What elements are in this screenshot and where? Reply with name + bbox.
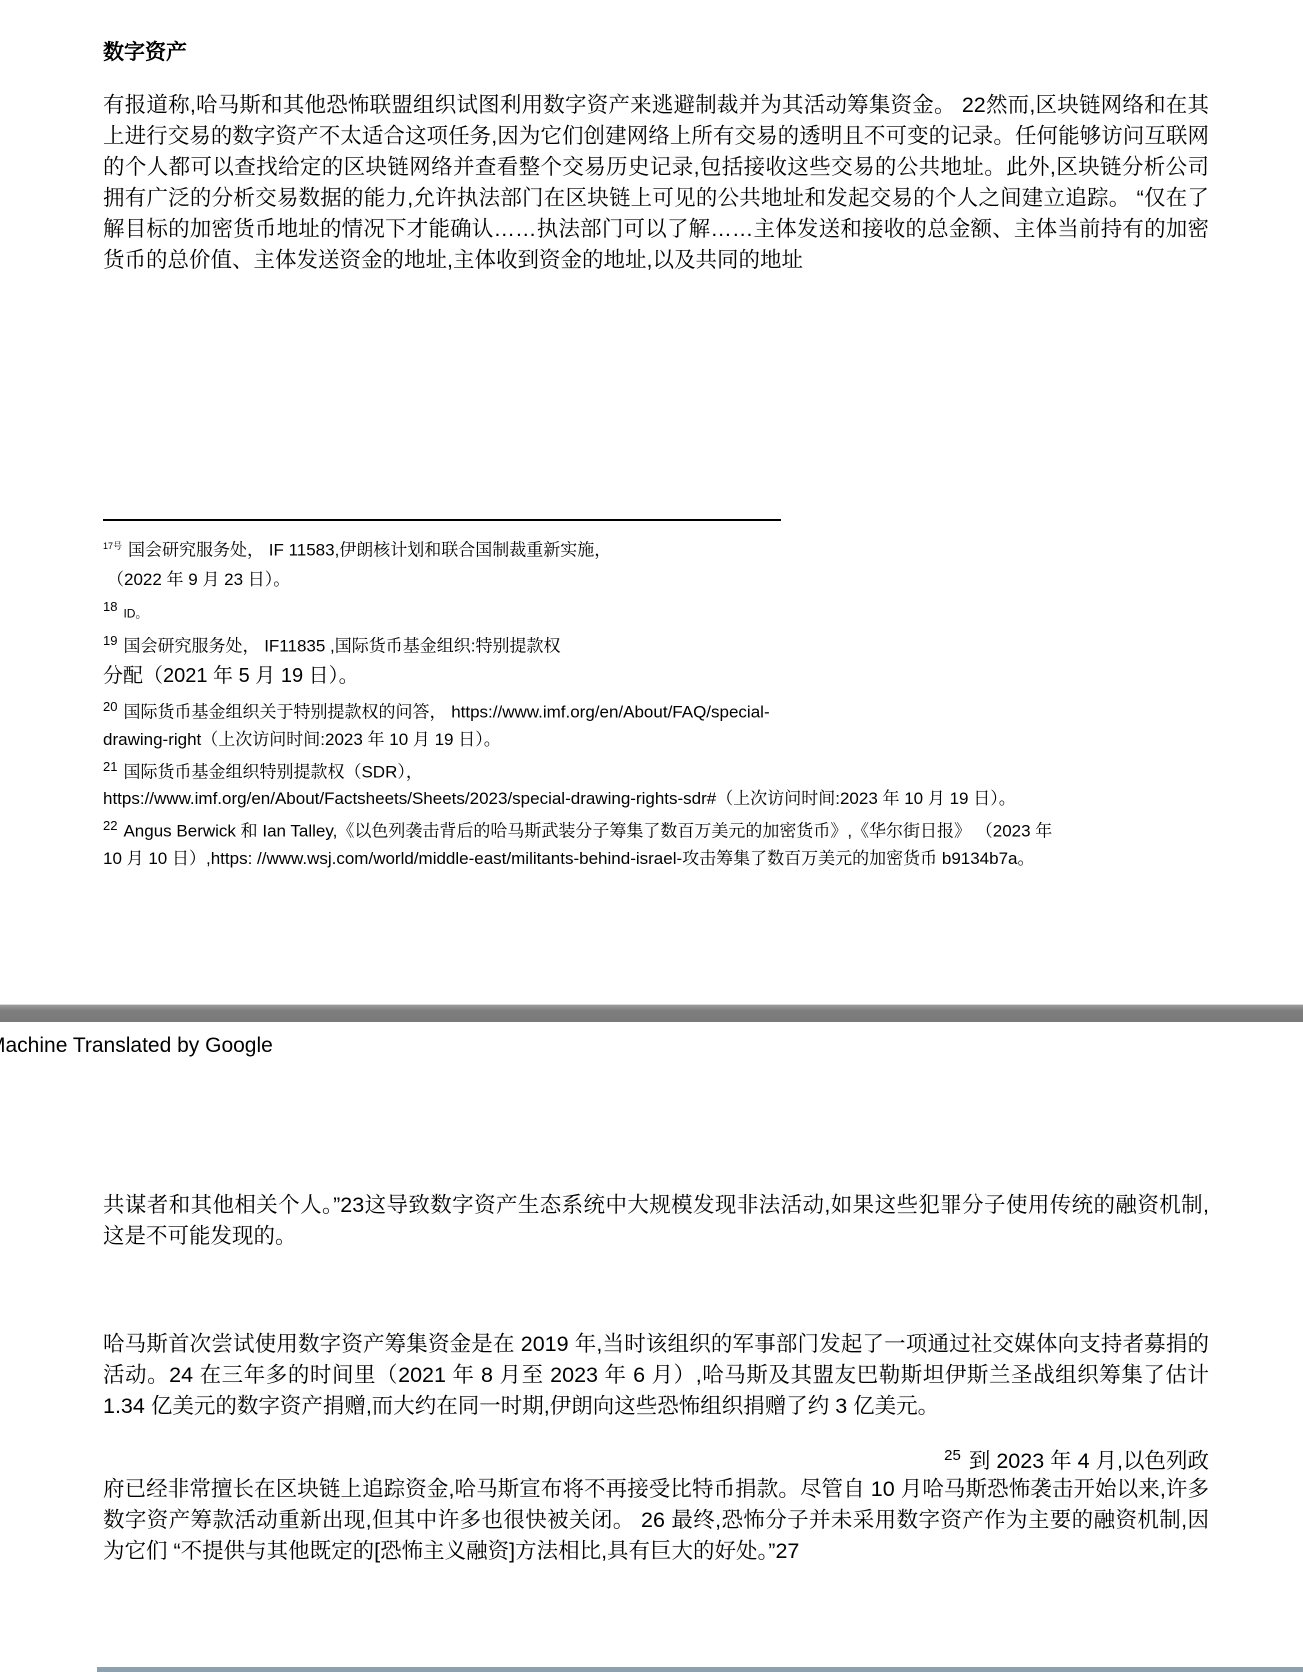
footnote-text: ID。 bbox=[123, 606, 147, 620]
footnote-text: Angus Berwick 和 Ian Talley,《以色列袭击背后的哈马斯武… bbox=[123, 822, 1052, 841]
footnote-marker: 18 bbox=[103, 599, 117, 614]
footnote-marker: 21 bbox=[103, 759, 117, 774]
footnote-20-continued: drawing-right（上次访问时间:2023 年 10 月 19 日）。 bbox=[103, 726, 1215, 753]
footnote-marker: 19 bbox=[103, 633, 117, 648]
footnote-marker: 17号 bbox=[103, 541, 122, 551]
footnote-marker: 20 bbox=[103, 699, 117, 714]
footnote-text: https://www.imf.org/en/About/Factsheets/… bbox=[103, 789, 1016, 808]
intro-text: 到 2023 年 4 月,以色列政 bbox=[969, 1449, 1209, 1473]
paragraph-israel-intro-line: 25到 2023 年 4 月,以色列政 bbox=[103, 1440, 1209, 1477]
page-title: 数字资产 bbox=[103, 36, 187, 66]
footnote-text: 国会研究服务处， IF11835 ,国际货币基金组织:特别提款权 bbox=[123, 637, 560, 656]
footnote-19: 19国会研究服务处， IF11835 ,国际货币基金组织:特别提款权 bbox=[103, 627, 1215, 660]
footnote-text: drawing-right（上次访问时间:2023 年 10 月 19 日）。 bbox=[103, 730, 501, 749]
paragraph-digital-assets: 有报道称,哈马斯和其他恐怖联盟组织试图利用数字资产来逃避制裁并为其活动筹集资金。… bbox=[103, 90, 1209, 276]
footnote-22-continued: 10 月 10 日）,https: //www.wsj.com/world/mi… bbox=[103, 845, 1215, 872]
footnote-22: 22Angus Berwick 和 Ian Talley,《以色列袭击背后的哈马… bbox=[103, 812, 1215, 845]
footnote-text: 国会研究服务处， IF 11583,伊朗核计划和联合国制裁重新实施， bbox=[128, 541, 611, 560]
footnote-17: 17号国会研究服务处， IF 11583,伊朗核计划和联合国制裁重新实施， bbox=[103, 531, 1215, 566]
footnote-marker: 22 bbox=[103, 818, 117, 833]
footnote-18: 18ID。 bbox=[103, 593, 1215, 628]
paragraph-hamas-fundraising: 哈马斯首次尝试使用数字资产筹集资金是在 2019 年,当时该组织的军事部门发起了… bbox=[103, 1329, 1209, 1422]
footnote-19-continued: 分配（2021 年 5 月 19 日）。 bbox=[103, 660, 1215, 693]
footnote-21-continued: https://www.imf.org/en/About/Factsheets/… bbox=[103, 785, 1215, 812]
footnotes-section: 17号国会研究服务处， IF 11583,伊朗核计划和联合国制裁重新实施， （2… bbox=[103, 531, 1215, 872]
footnote-separator bbox=[103, 519, 781, 521]
paragraph-coconspirators: 共谋者和其他相关个人。”23这导致数字资产生态系统中大规模发现非法活动,如果这些… bbox=[103, 1190, 1209, 1252]
footnote-text: 国际货币基金组织特别提款权（SDR）， bbox=[123, 762, 422, 781]
footnote-text: （2022 年 9 月 23 日）。 bbox=[107, 570, 290, 589]
bottom-page-edge bbox=[97, 1667, 1303, 1672]
footnote-20: 20国际货币基金组织关于特别提款权的问答， https://www.imf.or… bbox=[103, 693, 1215, 726]
paragraph-israel-tracking: 府已经非常擅长在区块链上追踪资金,哈马斯宣布将不再接受比特币捐款。尽管自 10 … bbox=[103, 1474, 1209, 1567]
footnote-21: 21国际货币基金组织特别提款权（SDR）， bbox=[103, 753, 1215, 786]
footnote-text: 分配（2021 年 5 月 19 日）。 bbox=[103, 665, 359, 687]
footnote-17-continued: （2022 年 9 月 23 日）。 bbox=[103, 566, 1215, 593]
document-page: 数字资产 有报道称,哈马斯和其他恐怖联盟组织试图利用数字资产来逃避制裁并为其活动… bbox=[0, 0, 1303, 1672]
footnote-text: 10 月 10 日）,https: //www.wsj.com/world/mi… bbox=[103, 849, 1035, 868]
footnote-text: 国际货币基金组织关于特别提款权的问答， https://www.imf.org/… bbox=[123, 703, 769, 722]
page-divider-bar bbox=[0, 1004, 1303, 1022]
footnote-ref-25: 25 bbox=[944, 1447, 961, 1464]
translation-watermark: Machine Translated by Google bbox=[0, 1034, 273, 1058]
